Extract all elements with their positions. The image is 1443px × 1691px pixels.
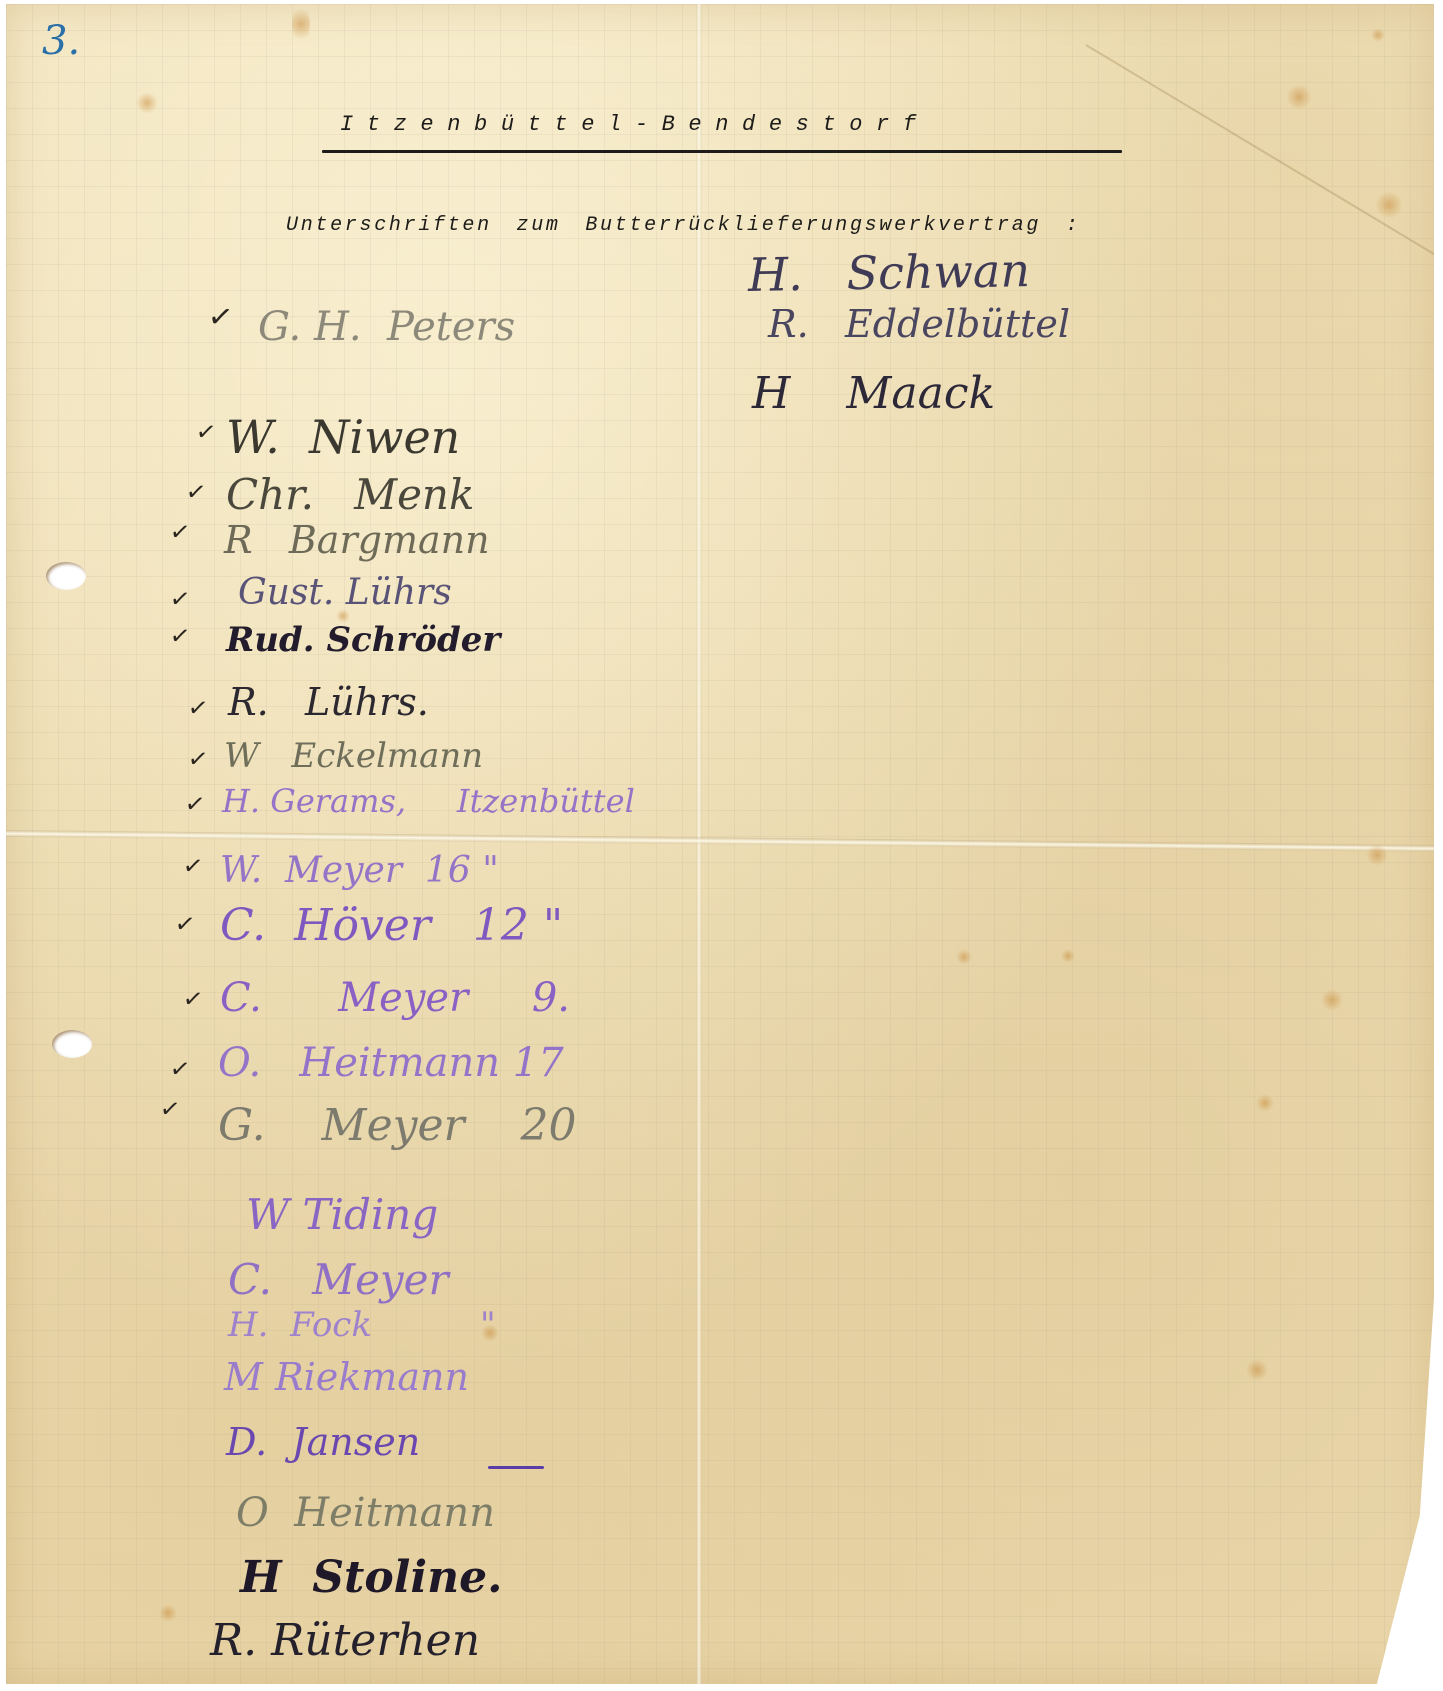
foxing-stain xyxy=(1246,1359,1268,1381)
signature-initial: G. H. xyxy=(258,304,362,350)
signature-left: C. Meyer 9. xyxy=(220,975,570,1021)
signature-left: H. Gerams, Itzenbüttel xyxy=(222,782,635,820)
title-underline xyxy=(322,150,1122,153)
signature-house-number: 12 " xyxy=(473,900,563,951)
signature-left: W. Meyer 16 " xyxy=(220,850,499,891)
signature-surname: Eckelmann xyxy=(291,736,483,776)
check-mark: ✓ xyxy=(186,693,210,724)
signature-house-number: 9. xyxy=(532,975,570,1021)
diagonal-crease xyxy=(1085,44,1443,262)
signature-surname: Riekmann xyxy=(275,1355,469,1399)
signature-surname: Peters xyxy=(387,304,515,350)
signature-initial: O. xyxy=(218,1040,261,1086)
signature-left: Rud. Schröder xyxy=(226,620,500,660)
signature-left: Chr. Menk xyxy=(226,470,474,519)
signature-left: C. Meyer xyxy=(228,1255,449,1304)
signature-initial: H. xyxy=(228,1305,268,1345)
signature-surname: Heitmann xyxy=(294,1490,495,1536)
signature-surname: Lührs. xyxy=(305,680,429,724)
foxing-stain xyxy=(1321,989,1343,1011)
signature-initial: Rud. xyxy=(226,620,315,660)
signature-house-number: 20 xyxy=(521,1100,577,1151)
punch-hole xyxy=(52,1030,92,1058)
signature-left: R Bargmann xyxy=(224,518,490,562)
foxing-stain xyxy=(1366,844,1388,866)
signature-surname: Meyer xyxy=(312,1255,449,1304)
signature-left: R. Lührs. xyxy=(228,680,429,724)
signature-left: W Eckelmann xyxy=(224,736,483,776)
signature-initial: O xyxy=(236,1490,269,1536)
foxing-stain xyxy=(1256,1094,1274,1112)
horizontal-fold-crease xyxy=(6,830,1434,852)
signature-left: G. H. Peters xyxy=(258,304,515,350)
check-mark: ✓ xyxy=(194,417,218,448)
signature-surname: Höver xyxy=(294,900,431,951)
signature-left: C. Höver 12 " xyxy=(220,900,563,951)
check-mark: ✓ xyxy=(158,1094,182,1125)
signature-surname: Jansen xyxy=(291,1420,420,1464)
signature-left: M Riekmann xyxy=(224,1355,469,1399)
signature-right: H Maack xyxy=(752,368,995,419)
foxing-stain xyxy=(956,949,972,965)
signature-surname: Fock xyxy=(290,1305,372,1345)
signature-house-number: 16 " xyxy=(425,850,499,891)
signature-surname: Bargmann xyxy=(289,518,490,562)
document-page xyxy=(6,4,1434,1684)
signature-underline xyxy=(488,1466,544,1469)
signature-initial: H. xyxy=(748,247,804,302)
signature-left: D. Jansen xyxy=(226,1420,420,1464)
signature-surname: Gerams, xyxy=(270,782,406,820)
signature-surname: Heitmann xyxy=(299,1040,500,1086)
foxing-stain xyxy=(136,92,158,114)
check-mark: ✓ xyxy=(168,584,192,615)
signature-ditto-mark: " xyxy=(480,1305,496,1345)
signature-left: R. Rüterhen xyxy=(210,1615,480,1666)
signature-surname: Meyer xyxy=(285,850,402,891)
signature-surname: Rüterhen xyxy=(271,1615,480,1666)
signature-surname: Meyer xyxy=(322,1100,465,1151)
signature-surname: Schwan xyxy=(846,243,1030,300)
signature-initial: G. xyxy=(218,1100,266,1151)
signature-initial: W xyxy=(246,1190,289,1239)
check-mark: ✓ xyxy=(168,621,192,652)
check-mark: ✓ xyxy=(173,909,197,940)
signature-left: O Heitmann xyxy=(236,1490,495,1536)
signature-initial: R. xyxy=(768,302,809,346)
signature-initial: C. xyxy=(228,1255,272,1304)
signature-left: W. Niwen xyxy=(226,410,460,464)
signature-surname: Lührs xyxy=(346,572,452,613)
signature-initial: Gust. xyxy=(238,572,334,613)
signature-initial: H. xyxy=(222,782,260,820)
punch-hole xyxy=(46,562,86,590)
check-mark: ✓ xyxy=(206,298,236,336)
check-mark: ✓ xyxy=(184,477,208,508)
signature-surname: Tiding xyxy=(303,1190,439,1239)
signature-surname: Meyer xyxy=(338,975,468,1021)
signature-initial: H xyxy=(752,368,790,419)
signature-right: R. Eddelbüttel xyxy=(768,302,1070,346)
foxing-stain xyxy=(292,4,310,44)
signature-initial: Chr. xyxy=(226,470,314,519)
signature-surname: Maack xyxy=(846,368,995,419)
foxing-stain xyxy=(1286,84,1312,110)
signature-initial: R. xyxy=(210,1615,257,1666)
check-mark: ✓ xyxy=(186,744,210,775)
check-mark: ✓ xyxy=(168,517,192,548)
signature-initial: C. xyxy=(220,975,262,1021)
foxing-stain xyxy=(1376,190,1402,220)
signature-initial: W xyxy=(224,736,259,776)
check-mark: ✓ xyxy=(181,984,205,1015)
signature-surname: Menk xyxy=(354,470,474,519)
signature-initial: R xyxy=(224,518,253,562)
signature-left: O. Heitmann 17 xyxy=(218,1040,564,1086)
signature-left: H Stoline. xyxy=(240,1552,502,1603)
foxing-stain xyxy=(159,1604,177,1622)
signature-left: W Tiding xyxy=(246,1190,438,1239)
signature-initial: W. xyxy=(226,410,280,464)
page-number: 3. xyxy=(42,18,80,64)
signature-initial: R. xyxy=(228,680,269,724)
signature-left: Gust. Lührs xyxy=(238,572,452,613)
signature-right: H. Schwan xyxy=(748,243,1031,302)
signature-initial: H xyxy=(240,1552,282,1603)
foxing-stain xyxy=(1371,28,1385,42)
signature-surname: Schröder xyxy=(326,620,500,660)
document-subtitle: Unterschriften zum Butterrücklieferungsw… xyxy=(286,214,1081,237)
signature-initial: C. xyxy=(220,900,266,951)
signature-left: H. Fock " xyxy=(228,1305,496,1345)
foxing-stain xyxy=(1061,949,1075,963)
signature-house-number: 17 xyxy=(513,1040,564,1086)
signature-surname: Eddelbüttel xyxy=(845,302,1070,346)
signature-surname: Niwen xyxy=(309,410,460,464)
signature-left: G. Meyer 20 xyxy=(218,1100,577,1151)
check-mark: ✓ xyxy=(183,789,207,820)
signature-location-note: Itzenbüttel xyxy=(457,782,635,820)
check-mark: ✓ xyxy=(181,851,205,882)
signature-initial: M xyxy=(224,1355,263,1399)
signature-initial: W. xyxy=(220,850,262,891)
document-title: Itzenbüttel-Bendestorf xyxy=(340,112,930,137)
signature-surname: Stoline. xyxy=(312,1552,502,1603)
check-mark: ✓ xyxy=(168,1054,192,1085)
signature-initial: D. xyxy=(226,1420,267,1464)
